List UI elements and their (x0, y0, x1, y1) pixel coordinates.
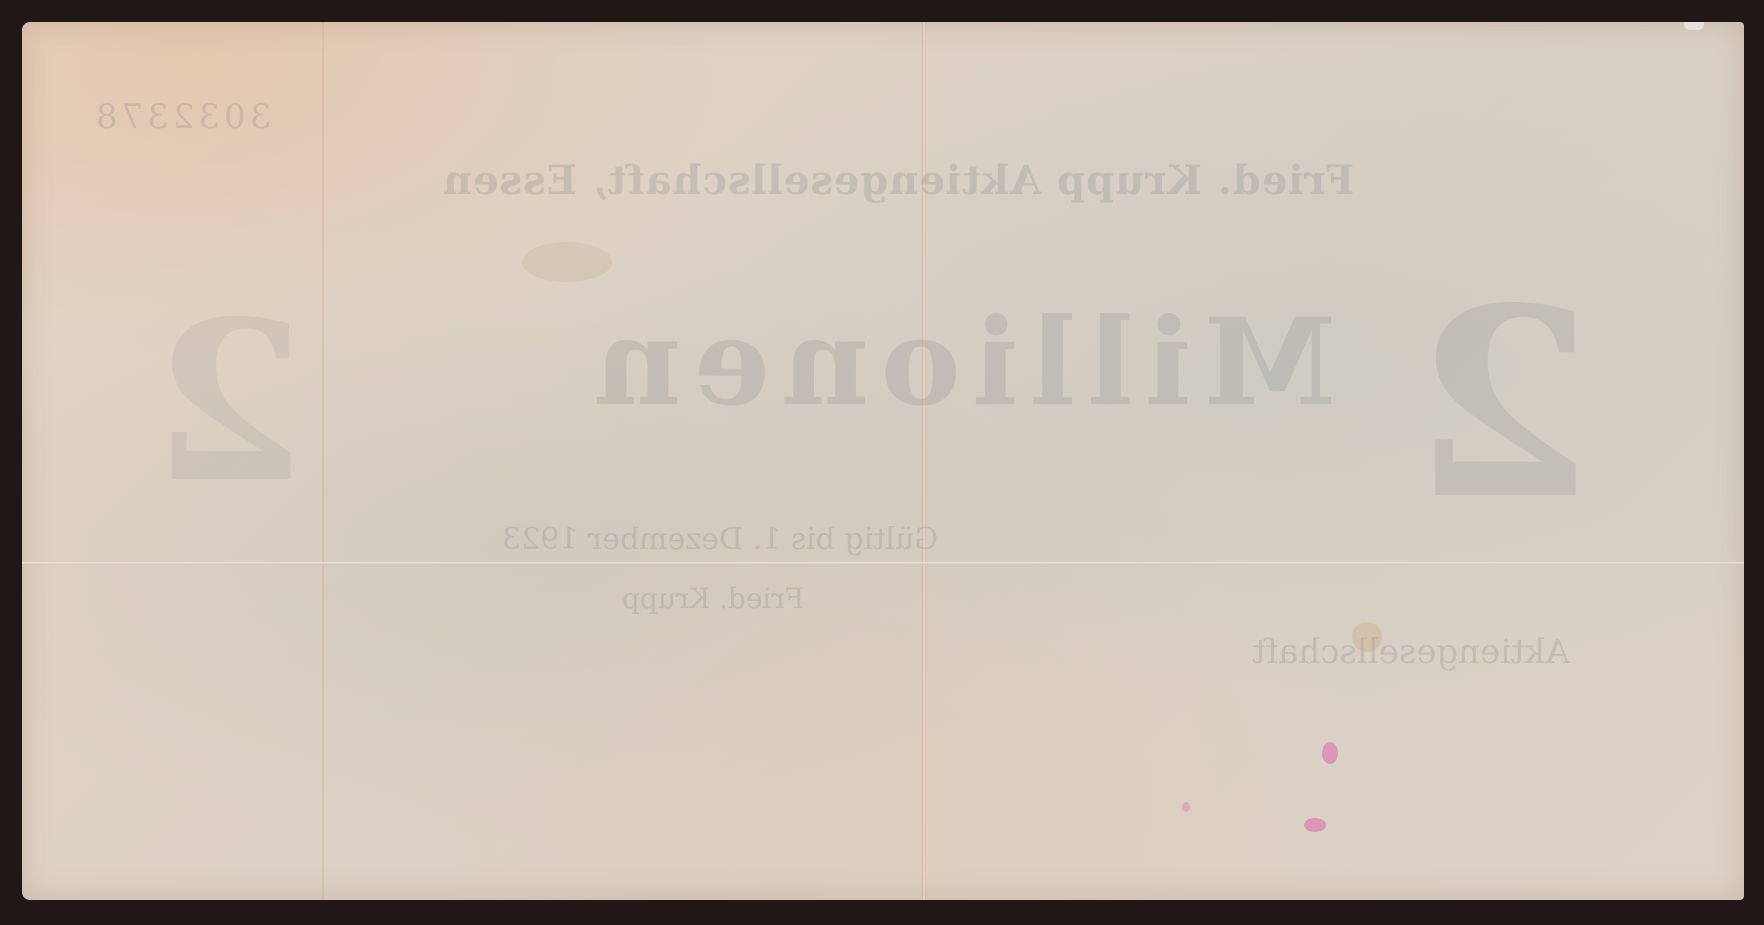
ink-stain (1182, 802, 1190, 812)
showthrough-issuer-line: Fried. Krupp (622, 582, 804, 615)
showthrough-denomination-word: Millionen (582, 292, 1336, 433)
banknote-reverse: 3032378 Fried. Krupp Aktiengesellschaft,… (22, 22, 1744, 900)
edge-tear (1684, 22, 1704, 30)
showthrough-signature-block: Aktiengesellschaft (1252, 632, 1570, 672)
ink-stain (1304, 818, 1326, 832)
showthrough-denomination-digit-left: 2 (152, 272, 305, 531)
showthrough-serial-number: 3032378 (92, 97, 271, 137)
showthrough-issuer-header: Fried. Krupp Aktiengesellschaft, Essen (442, 157, 1354, 204)
showthrough-validity-line: Gültig bis 1. Dezember 1923 (502, 522, 938, 557)
foxing-stain (522, 242, 612, 282)
left-crease (322, 22, 324, 900)
foxing-stain (1352, 622, 1382, 652)
horizontal-fold (22, 562, 1744, 565)
ink-stain (1322, 742, 1338, 764)
showthrough-denomination-digit-right: 2 (1412, 252, 1593, 557)
vertical-fold (922, 22, 926, 900)
